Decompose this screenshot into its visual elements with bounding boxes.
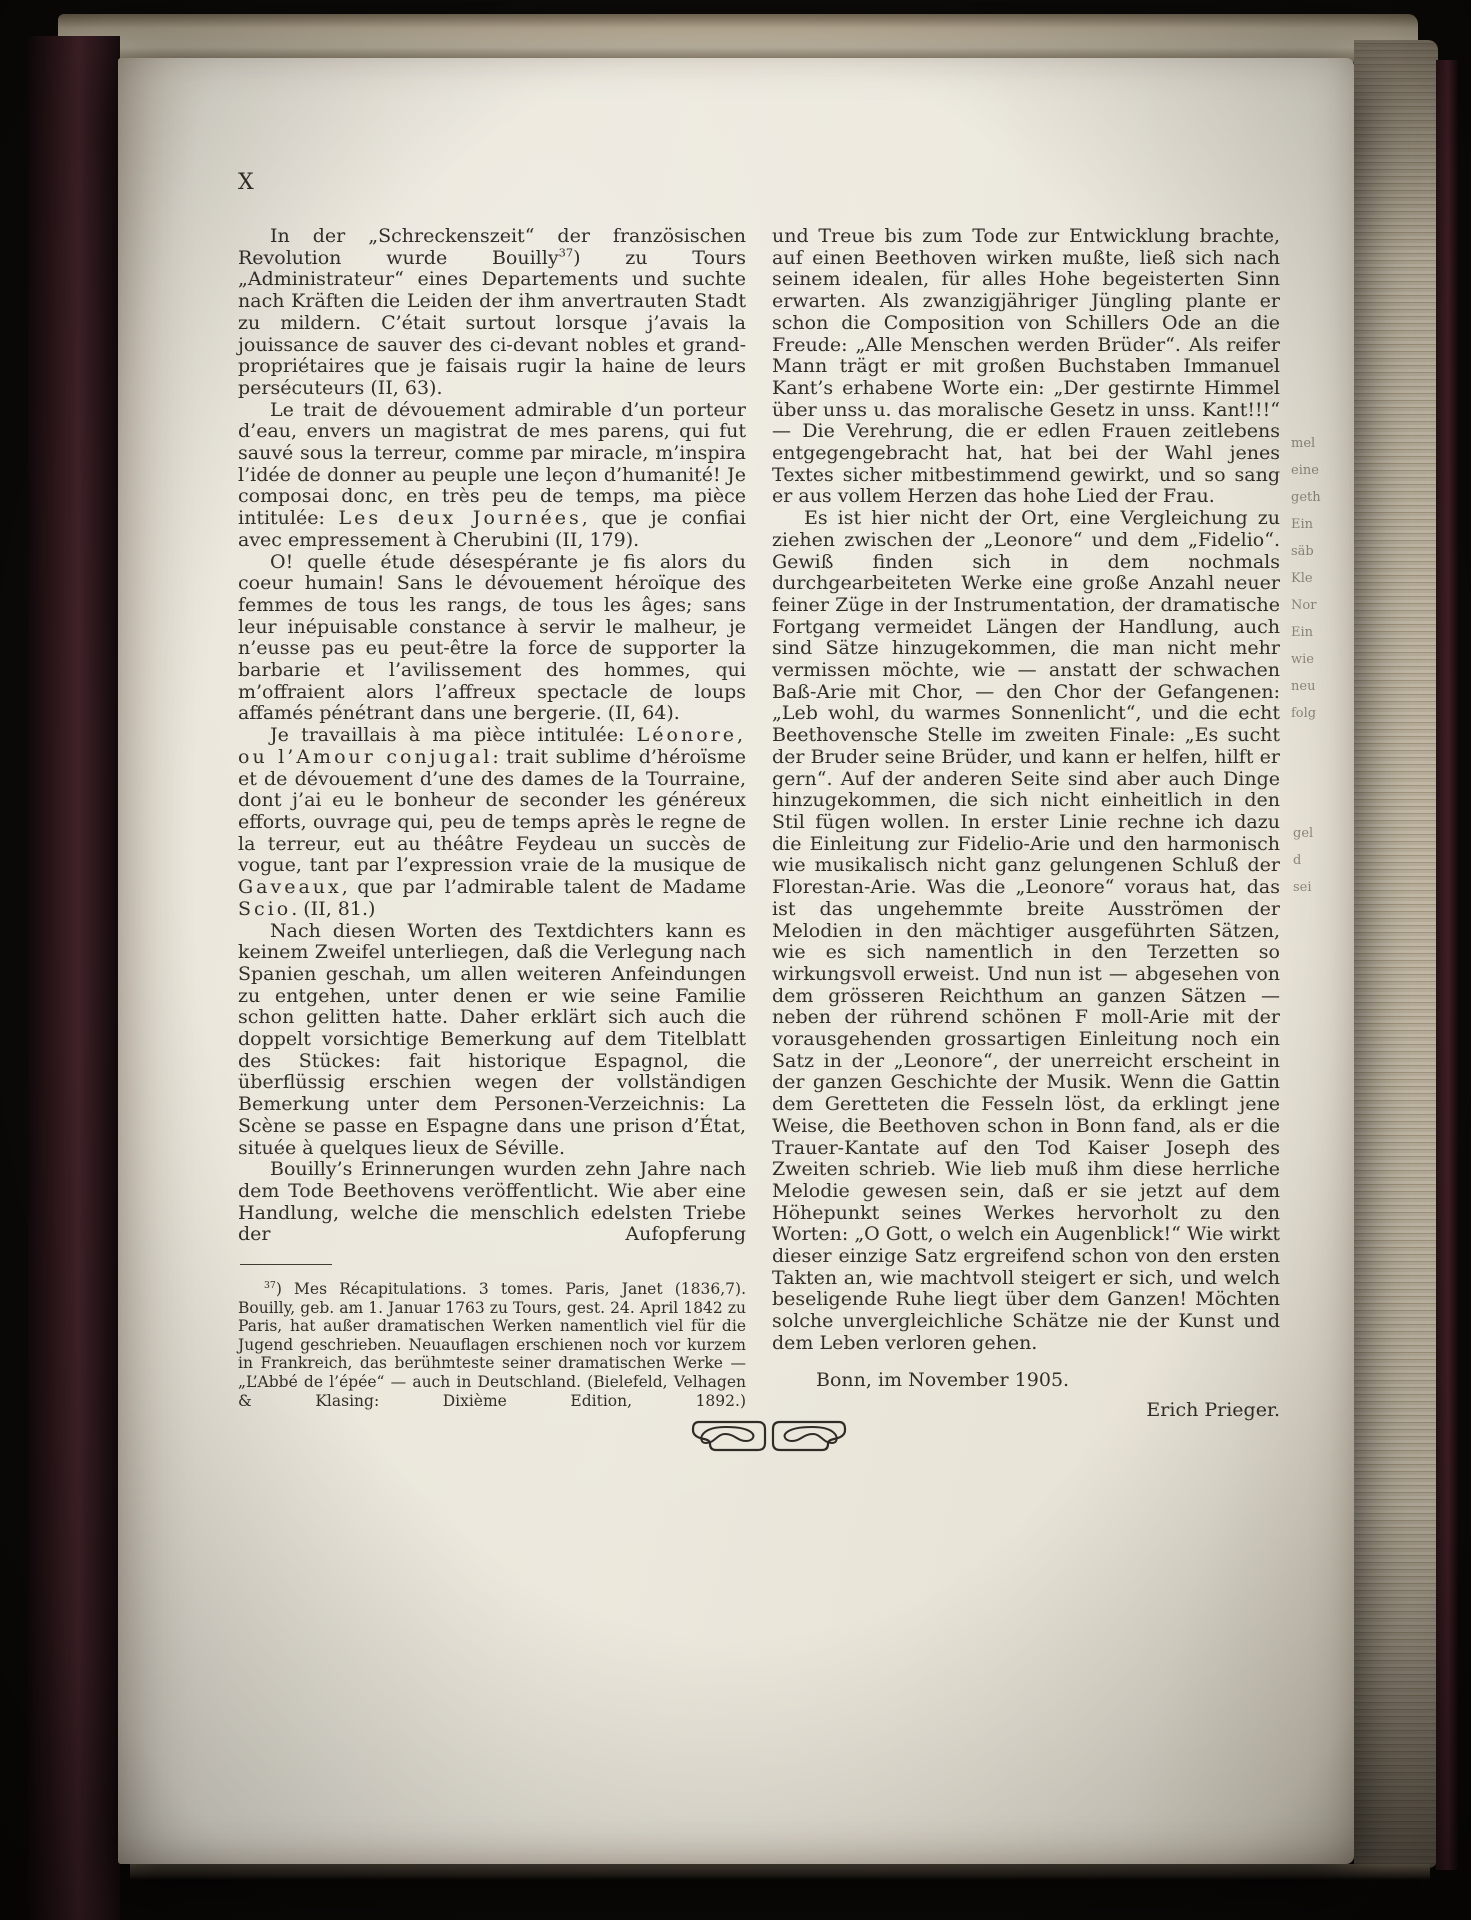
showthrough-fragment: wie xyxy=(1291,646,1337,673)
book-photo-scene: X In der „Schreckenszeit“ der französisc… xyxy=(0,0,1471,1920)
book-top-page-edges xyxy=(58,14,1418,62)
paragraph: und Treue bis zum Tode zur Entwicklung b… xyxy=(772,226,1280,508)
showthrough-fragment: gel xyxy=(1293,820,1339,847)
fore-edge-showthrough-lower: geldsei xyxy=(1293,820,1339,910)
left-column-paragraphs: In der „Schreckenszeit“ der französische… xyxy=(238,226,746,1246)
paragraph: Es ist hier nicht der Ort, eine Vergleic… xyxy=(772,508,1280,1354)
showthrough-fragment: säb xyxy=(1291,538,1337,565)
dateline: Bonn, im November 1905. xyxy=(772,1370,1280,1392)
paragraph: Nach diesen Worten des Textdichters kann… xyxy=(238,921,746,1160)
footnote-paragraph: 37) Mes Récapitulations. 3 tomes. Paris,… xyxy=(238,1280,746,1410)
showthrough-fragment: Ein xyxy=(1291,511,1337,538)
left-column: In der „Schreckenszeit“ der französische… xyxy=(238,226,746,1410)
showthrough-fragment: Kle xyxy=(1291,565,1337,592)
showthrough-fragment: eine xyxy=(1291,457,1337,484)
page-number: X xyxy=(238,170,255,195)
footnote-rule xyxy=(240,1264,332,1265)
showthrough-fragment: Nor xyxy=(1291,592,1337,619)
right-column-paragraphs: und Treue bis zum Tode zur Entwicklung b… xyxy=(772,226,1280,1355)
book-bottom-page-edges xyxy=(130,1864,1430,1880)
book-page: X In der „Schreckenszeit“ der französisc… xyxy=(118,58,1354,1864)
showthrough-fragment: Ein xyxy=(1291,619,1337,646)
paragraph: O! quelle étude désespérante je fis alor… xyxy=(238,552,746,726)
paragraph: Le trait de dévouement admirable d’un po… xyxy=(238,400,746,552)
signature: Erich Prieger. xyxy=(772,1400,1280,1422)
book-cover-edge xyxy=(1436,60,1458,1870)
showthrough-fragment: folg xyxy=(1291,700,1337,727)
right-column: und Treue bis zum Tode zur Entwicklung b… xyxy=(772,226,1280,1422)
footnote-paragraphs: 37) Mes Récapitulations. 3 tomes. Paris,… xyxy=(238,1280,746,1410)
paragraph: Je travaillais à ma pièce intitulée: Léo… xyxy=(238,725,746,920)
book-fore-edge xyxy=(1354,40,1438,1868)
footnote-block: 37) Mes Récapitulations. 3 tomes. Paris,… xyxy=(238,1264,746,1410)
paragraph: In der „Schreckenszeit“ der französische… xyxy=(238,226,746,400)
art-nouveau-ornament xyxy=(690,1420,848,1452)
showthrough-fragment: sei xyxy=(1293,874,1339,901)
showthrough-fragment: d xyxy=(1293,847,1339,874)
showthrough-fragment: neu xyxy=(1291,673,1337,700)
book-spine xyxy=(28,36,120,1920)
showthrough-fragment: mel xyxy=(1291,430,1337,457)
showthrough-fragment: geth xyxy=(1291,484,1337,511)
paragraph: Bouilly’s Erinnerungen wurden zehn Jahre… xyxy=(238,1159,746,1246)
fore-edge-showthrough-upper: meleinegethEinsäbKleNorEinwieneufolg xyxy=(1291,430,1337,730)
